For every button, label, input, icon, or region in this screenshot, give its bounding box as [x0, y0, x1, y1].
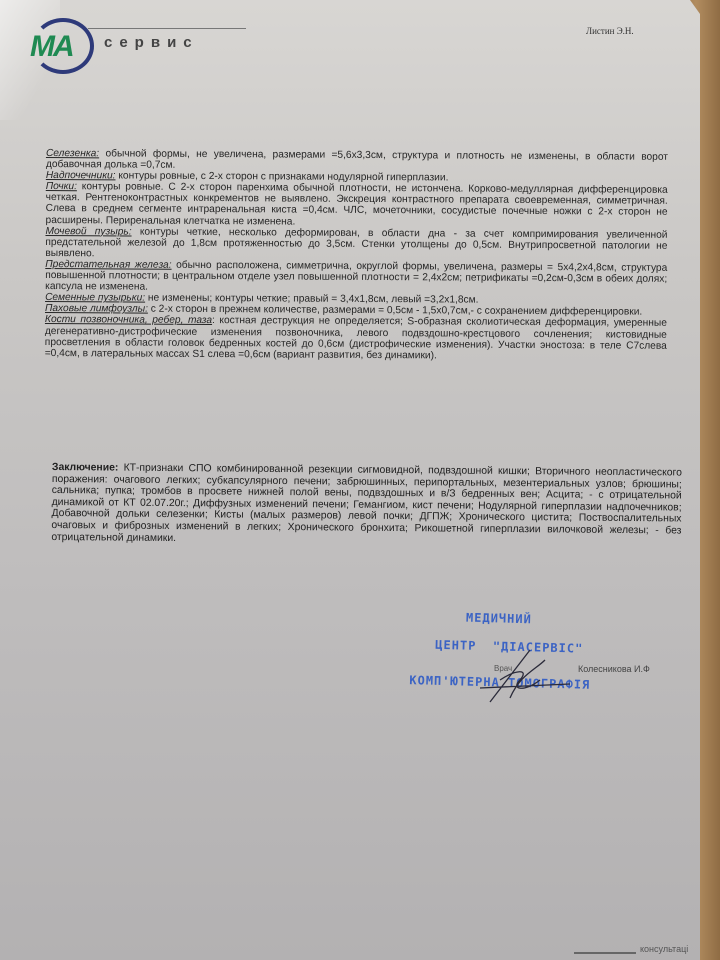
logo-text: сервис: [104, 34, 199, 51]
patient-name: Листин Э.Н.: [586, 26, 634, 36]
footer-mark: консультаці: [640, 944, 688, 954]
conclusion-text: КТ-признаки СПО комбинированной резекции…: [51, 463, 682, 544]
doctor-name: Колесникова И.Ф: [578, 664, 650, 674]
clinic-logo: МА сервис: [28, 18, 228, 74]
finding-label: Предстательная железа:: [45, 259, 171, 271]
stamp-line-1: МЕДИЧНИЙ: [466, 611, 532, 627]
logo-divider: [88, 28, 246, 29]
finding-kidneys: Почки: контуры ровные. С 2-х сторон паре…: [46, 181, 668, 229]
finding-bladder: Мочевой пузырь: контуры четкие, нескольк…: [45, 226, 667, 263]
finding-label: Кости позвоночника, ребер, таза: [45, 314, 212, 326]
finding-prostate: Предстательная железа: обычно расположен…: [45, 259, 667, 296]
finding-text: контуры ровные. С 2-х сторон паренхима о…: [46, 181, 668, 227]
findings-section: Селезенка: обычной формы, не увеличена, …: [45, 148, 668, 363]
logo-mark: МА: [30, 30, 73, 64]
finding-text: обычной формы, не увеличена, размерами =…: [46, 148, 668, 171]
finding-label: Почки:: [46, 181, 77, 192]
finding-label: Семенные пузырьки:: [45, 292, 145, 304]
finding-label: Мочевой пузырь:: [45, 226, 131, 238]
signature-icon: [470, 640, 580, 710]
document-page: МА сервис Листин Э.Н. Селезенка: обычной…: [0, 0, 700, 960]
finding-label: Надпочечники:: [46, 170, 116, 181]
conclusion-label: Заключение:: [52, 462, 119, 474]
footer-divider: [574, 952, 636, 954]
finding-label: Селезенка:: [46, 148, 99, 159]
finding-bones: Кости позвоночника, ребер, таза: костная…: [45, 314, 667, 362]
finding-text: контуры четкие, несколько деформирован, …: [45, 226, 667, 259]
conclusion-section: Заключение: КТ-признаки СПО комбинирован…: [51, 462, 682, 549]
